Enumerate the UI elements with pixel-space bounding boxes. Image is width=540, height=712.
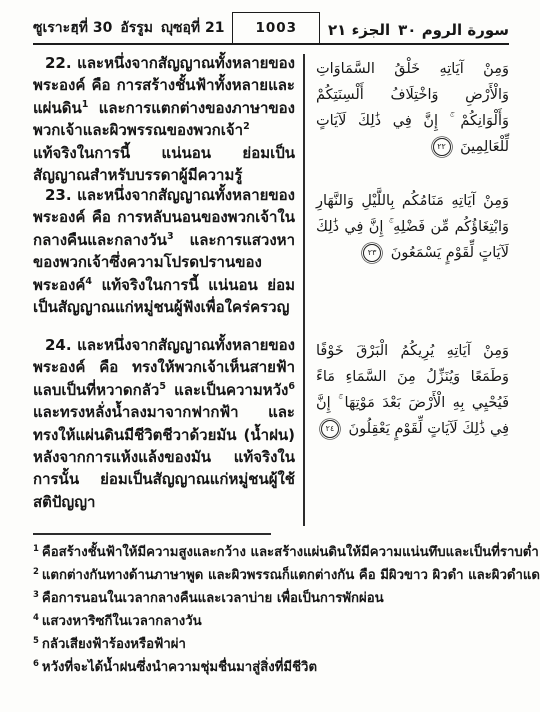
page-header: ซูเราะฮฺที่ 30 อัรรูม ญุซอฺที่ 21 1003 ا… [33,12,509,45]
footnote-text: แสวงหาริซกีในเวลากลางวัน [42,614,202,629]
footnote-6: 6หวังที่จะได้น้ำฝนซึ่งนำความชุ่มชื่นมาสู… [33,656,519,679]
footnote-4: 4แสวงหาริซกีในเวลากลางวัน [33,610,519,633]
footnote-text: หวังที่จะได้น้ำฝนซึ่งนำความชุ่มชื่นมาสู่… [42,660,317,675]
juz-label-arabic: الجزء ٢١ [328,21,390,43]
footnote-ref: 4 [85,276,92,287]
ayah-number-medallion: ٢٤ [321,420,339,438]
footnote-number: 1 [33,544,39,554]
verse-row-22: 22. และหนึ่งจากสัญญาณทั้งหลายของพระองค์ … [33,52,509,186]
footnote-text: แตกต่างกันทางด้านภาษาพูด และผิวพรรณก็แตก… [42,568,540,583]
footnote-ref: 5 [159,381,166,392]
thai-translation-23: 23. และหนึ่งจากสัญญาณทั้งหลายของพระองค์ … [33,184,295,318]
footnote-number: 6 [33,659,39,669]
footnote-ref: 6 [288,381,295,392]
thai-translation-24: 24. และหนึ่งจากสัญญาณทั้งหลายของพระองค์ … [33,334,295,513]
footnote-5: 5กลัวเสียงฟ้าร้องหรือฟ้าผ่า [33,633,519,656]
footnote-separator-rule [33,533,271,535]
footnotes-section: 1คือสร้างชั้นฟ้าให้มีความสูงและกว้าง และ… [33,541,519,679]
footnote-number: 4 [33,613,39,623]
arabic-verse-22: وَمِنْ آيَاتِهِ خَلْقُ السَّمَاوَاتِ وَا… [316,52,509,186]
footnote-ref: 2 [243,121,250,132]
verse-row-24: 24. และหนึ่งจากสัญญาณทั้งหลายของพระองค์ … [33,334,509,513]
ayah-number-medallion: ٢٢ [433,138,451,156]
page-number-box: 1003 [232,12,320,43]
surah-title-arabic: سورة الروم ٣٠ [398,21,509,43]
footnote-text: คือการนอนในเวลากลางคืนและเวลาบ่าย เพื่อเ… [42,591,384,606]
quran-translation-page: ซูเราะฮฺที่ 30 อัรรูม ญุซอฺที่ 21 1003 ا… [0,0,540,712]
footnote-text: กลัวเสียงฟ้าร้องหรือฟ้าผ่า [42,637,186,652]
footnote-text: คือสร้างชั้นฟ้าให้มีความสูงและกว้าง และส… [42,545,539,560]
thai-translation-22: 22. และหนึ่งจากสัญญาณทั้งหลายของพระองค์ … [33,52,295,186]
surah-name-thai: อัรรูม [120,17,153,43]
ayah-number-medallion: ٢٣ [363,244,381,262]
footnote-ref: 3 [167,231,174,242]
footnote-2: 2แตกต่างกันทางด้านภาษาพูด และผิวพรรณก็แต… [33,564,519,587]
arabic-text: وَمِنْ آيَاتِهِ مَنَامُكُم بِاللَّيْلِ و… [316,193,509,261]
thai-text: และเป็นความหวัง [166,381,288,399]
footnote-number: 3 [33,590,39,600]
surah-number-thai: ซูเราะฮฺที่ 30 [33,17,112,43]
arabic-text: وَمِنْ آيَاتِهِ يُرِيكُمُ الْبَرْقَ خَوْ… [316,343,509,437]
footnote-number: 5 [33,636,39,646]
footnote-number: 2 [33,567,39,577]
thai-text: แท้จริงในการนี้ แน่นอน ย่อมเป็นสัญญาณสำห… [33,144,295,184]
juz-number-thai: ญุซอฺที่ 21 [161,17,224,43]
verse-row-23: 23. และหนึ่งจากสัญญาณทั้งหลายของพระองค์ … [33,184,509,318]
footnote-1: 1คือสร้างชั้นฟ้าให้มีความสูงและกว้าง และ… [33,541,519,564]
arabic-text: وَمِنْ آيَاتِهِ خَلْقُ السَّمَاوَاتِ وَا… [316,61,509,155]
arabic-verse-24: وَمِنْ آيَاتِهِ يُرِيكُمُ الْبَرْقَ خَوْ… [316,334,509,513]
footnote-3: 3คือการนอนในเวลากลางคืนและเวลาบ่าย เพื่อ… [33,587,519,610]
arabic-verse-23: وَمِنْ آيَاتِهِ مَنَامُكُم بِاللَّيْلِ و… [316,184,509,318]
thai-text: และทรงหลั่งน้ำลงมาจากฟากฟ้า และทรงให้แผ่… [33,403,295,511]
